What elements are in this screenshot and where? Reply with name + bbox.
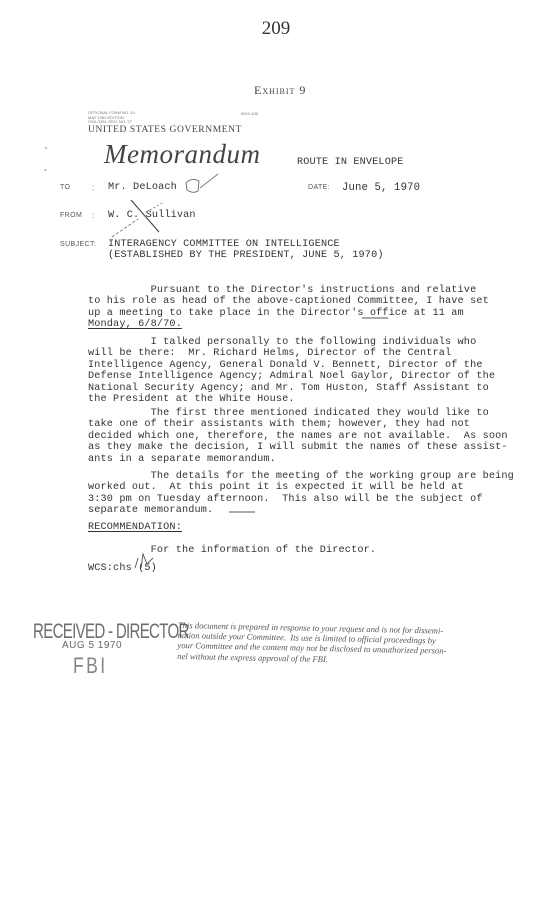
handwritten-initials-icon [186,179,199,192]
handwritten-check-icon [135,554,153,568]
cross-mark-icon [131,200,159,232]
handwritten-marks [0,0,552,901]
